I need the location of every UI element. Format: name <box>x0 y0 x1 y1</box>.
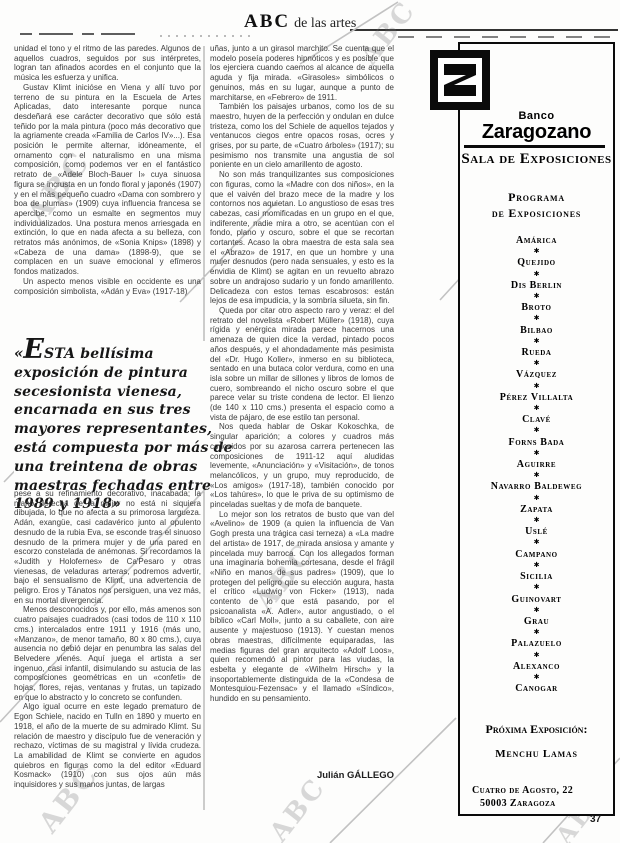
newspaper-page: ABC ABC ABC ABC ABC ABC ABC ABC ABC ABCd… <box>0 0 620 843</box>
next-exhibition-artist: Menchu Lamas <box>460 748 613 760</box>
star-separator-icon: ✱ <box>460 582 613 593</box>
star-separator-icon: ✱ <box>460 470 613 481</box>
paragraph: unidad el tono y el ritmo de las paredes… <box>14 44 201 83</box>
article-column-1-top: unidad el tono y el ritmo de las paredes… <box>14 44 201 340</box>
artist-name: Bilbao <box>460 325 613 336</box>
artist-name: Alexanco <box>460 661 613 672</box>
next-exhibition-label: Próxima Exposición: <box>460 722 613 737</box>
artist-list: Amárica✱Quejido✱Dis Berlin✱Broto✱Bilbao✱… <box>460 235 613 694</box>
star-separator-icon: ✱ <box>460 291 613 302</box>
artist-name: Forns Bada <box>460 437 613 448</box>
artist-name: Vázquez <box>460 369 613 380</box>
star-separator-icon: ✱ <box>460 560 613 571</box>
star-separator-icon: ✱ <box>460 672 613 683</box>
artist-name: Amárica <box>460 235 613 246</box>
star-separator-icon: ✱ <box>460 358 613 369</box>
star-separator-icon: ✱ <box>460 627 613 638</box>
star-separator-icon: ✱ <box>460 381 613 392</box>
exhibition-hall-title: Sala de Exposiciones <box>460 151 613 168</box>
abc-watermark: ABC <box>264 772 332 843</box>
paragraph: Algo igual ocurre en este legado prematu… <box>14 702 201 789</box>
star-separator-icon: ✱ <box>460 448 613 459</box>
section-title: de las artes <box>294 16 356 31</box>
paragraph: También los paisajes urbanos, como los d… <box>210 102 394 170</box>
byline: Julián GÁLLEGO <box>210 770 394 781</box>
star-separator-icon: ✱ <box>460 650 613 661</box>
artist-name: Aguirre <box>460 459 613 470</box>
paragraph: uñas, junto a un girasol marchito. Se cu… <box>210 44 394 102</box>
star-separator-icon: ✱ <box>460 246 613 257</box>
quote-text: STA bellísima exposición de pintura sece… <box>14 346 233 512</box>
section-masthead: ABCde las artes <box>244 11 356 33</box>
paragraph: Nos queda hablar de Oskar Kokoschka, de … <box>210 422 394 509</box>
paragraph: Menos desconocidos y, por ello, más amen… <box>14 605 201 702</box>
paragraph: Un aspecto menos visible en occidente es… <box>14 277 201 296</box>
article-column-1-bottom: pese a su refinamiento decorativo, inaca… <box>14 489 201 813</box>
artist-name: Grau <box>460 616 613 627</box>
address-line1: Cuatro de Agosto, 22 <box>472 785 573 796</box>
star-separator-icon: ✱ <box>460 269 613 280</box>
star-separator-icon: ✱ <box>460 336 613 347</box>
page-number: 37 <box>590 814 601 825</box>
address-line2: 50003 Zaragoza <box>480 798 556 809</box>
pull-quote: «ESTA bellísima exposición de pintura se… <box>14 341 241 485</box>
paragraph: Queda por citar otro aspecto raro y vera… <box>210 306 394 422</box>
program-heading-line2: de Exposiciones <box>460 206 613 221</box>
paragraph: Gustav Klimt inicióse en Viena y allí tu… <box>14 83 201 277</box>
paragraph: pese a su refinamiento decorativo, inaca… <box>14 489 201 605</box>
artist-name: Dis Berlin <box>460 280 613 291</box>
artist-name: Broto <box>460 302 613 313</box>
artist-name: Quejido <box>460 257 613 268</box>
abc-brand: ABC <box>244 11 290 32</box>
artist-name: Clavé <box>460 414 613 425</box>
star-separator-icon: ✱ <box>460 403 613 414</box>
star-separator-icon: ✱ <box>460 605 613 616</box>
quote-initial-letter: E <box>23 334 44 365</box>
quote-open-mark: « <box>14 344 23 362</box>
artist-name: Uslé <box>460 526 613 537</box>
paragraph: No son más tranquilizantes sus composici… <box>210 170 394 306</box>
paragraph: Lo mejor son los retratos de busto que v… <box>210 510 394 704</box>
banco-zaragozano-logo-icon <box>384 50 537 110</box>
divider-rule <box>464 145 605 148</box>
artist-name: Zapata <box>460 504 613 515</box>
bank-exhibition-ad: Banco Zaragozano Sala de Exposiciones Pr… <box>458 42 615 816</box>
artist-name: Canogar <box>460 683 613 694</box>
artist-name: Sicilia <box>460 571 613 582</box>
star-separator-icon: ✱ <box>460 537 613 548</box>
artist-name: Campano <box>460 549 613 560</box>
artist-name: Rueda <box>460 347 613 358</box>
program-heading-line1: Programa <box>460 190 613 205</box>
article-column-2: uñas, junto a un girasol marchito. Se cu… <box>210 44 394 766</box>
star-separator-icon: ✱ <box>460 515 613 526</box>
star-separator-icon: ✱ <box>460 313 613 324</box>
bank-name-line2: Zaragozano <box>460 121 613 144</box>
artist-name: Pérez Villalta <box>460 392 613 403</box>
star-separator-icon: ✱ <box>460 425 613 436</box>
artist-name: Navarro Baldeweg <box>460 481 613 492</box>
star-separator-icon: ✱ <box>460 493 613 504</box>
artist-name: Guinovart <box>460 594 613 605</box>
artist-name: Palazuelo <box>460 638 613 649</box>
